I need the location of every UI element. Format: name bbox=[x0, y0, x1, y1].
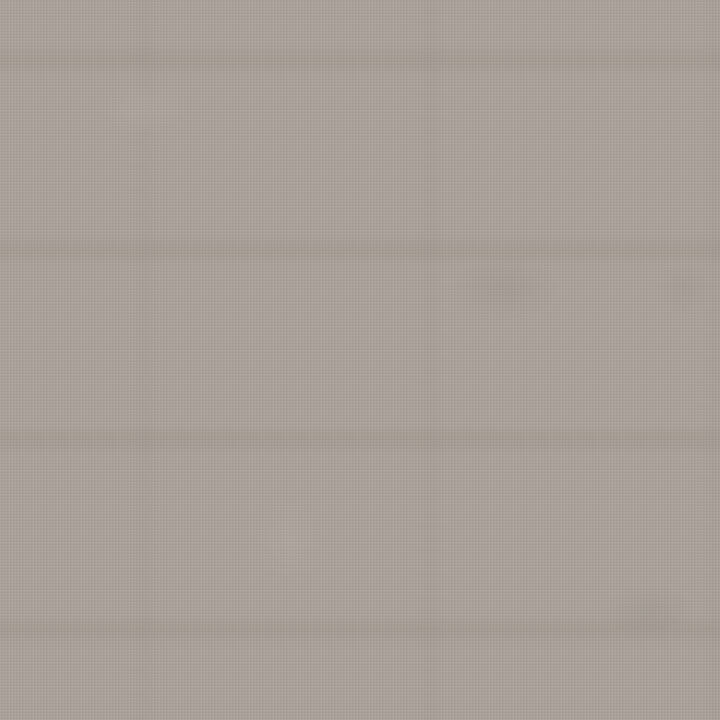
mottle-layer bbox=[0, 0, 720, 720]
fabric-texture-background bbox=[0, 0, 720, 720]
